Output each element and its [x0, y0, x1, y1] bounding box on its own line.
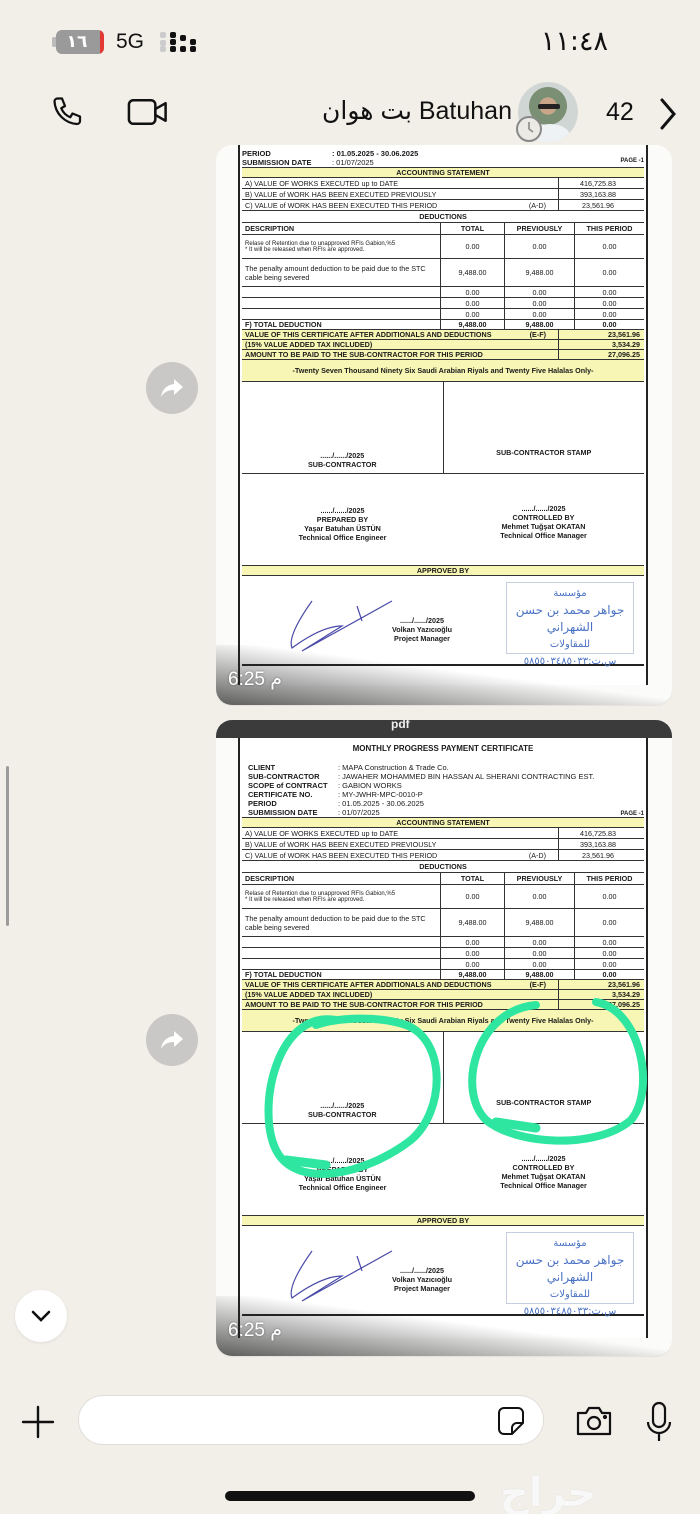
battery-level: ١٦	[56, 32, 98, 52]
phone-icon[interactable]	[50, 94, 86, 135]
microphone-icon[interactable]	[644, 1400, 674, 1449]
chevron-right-icon[interactable]	[656, 96, 680, 137]
chat-header: بت هوان Batuhan 42	[0, 80, 700, 146]
status-bar: ١٦ 5G ١١:٤٨	[0, 0, 700, 80]
message-timestamp: 6:25 م	[228, 1319, 282, 1342]
video-call-icon[interactable]	[126, 94, 170, 135]
unread-count[interactable]: 42	[606, 98, 634, 127]
contact-name[interactable]: بت هوان Batuhan	[322, 96, 512, 126]
scroll-to-bottom-button[interactable]	[15, 1290, 67, 1342]
message-input[interactable]	[78, 1395, 544, 1445]
image-message[interactable]: pdf MONTHLY PROGRESS PAYMENT CERTIFICATE…	[216, 720, 672, 1356]
sticker-icon[interactable]	[496, 1405, 526, 1442]
scrollbar[interactable]	[6, 766, 9, 926]
forward-icon	[159, 377, 185, 399]
watermark-logo: حراج	[500, 1470, 596, 1514]
image-message[interactable]: PERIOD: 01.05.2025 - 30.06.2025 SUBMISSI…	[216, 145, 672, 705]
plus-icon[interactable]	[20, 1404, 56, 1445]
annotation-circles	[216, 720, 672, 1356]
forward-button[interactable]	[146, 362, 198, 414]
battery-icon: ١٦	[56, 30, 104, 54]
home-indicator	[225, 1491, 475, 1501]
chevron-down-icon	[30, 1309, 52, 1323]
network-type: 5G	[116, 30, 144, 54]
certificate-image: PERIOD: 01.05.2025 - 30.06.2025 SUBMISSI…	[238, 145, 648, 685]
forward-icon	[159, 1029, 185, 1051]
disappearing-timer-icon	[516, 116, 542, 142]
company-stamp: مؤسسة جواهر محمد بن حسن الشهراني للمقاول…	[506, 582, 634, 654]
clock: ١١:٤٨	[541, 26, 608, 57]
forward-button[interactable]	[146, 1014, 198, 1066]
camera-icon[interactable]	[574, 1404, 614, 1443]
message-timestamp: 6:25 م	[228, 668, 282, 691]
signal-icon	[160, 32, 198, 52]
message-composer	[0, 1380, 700, 1470]
